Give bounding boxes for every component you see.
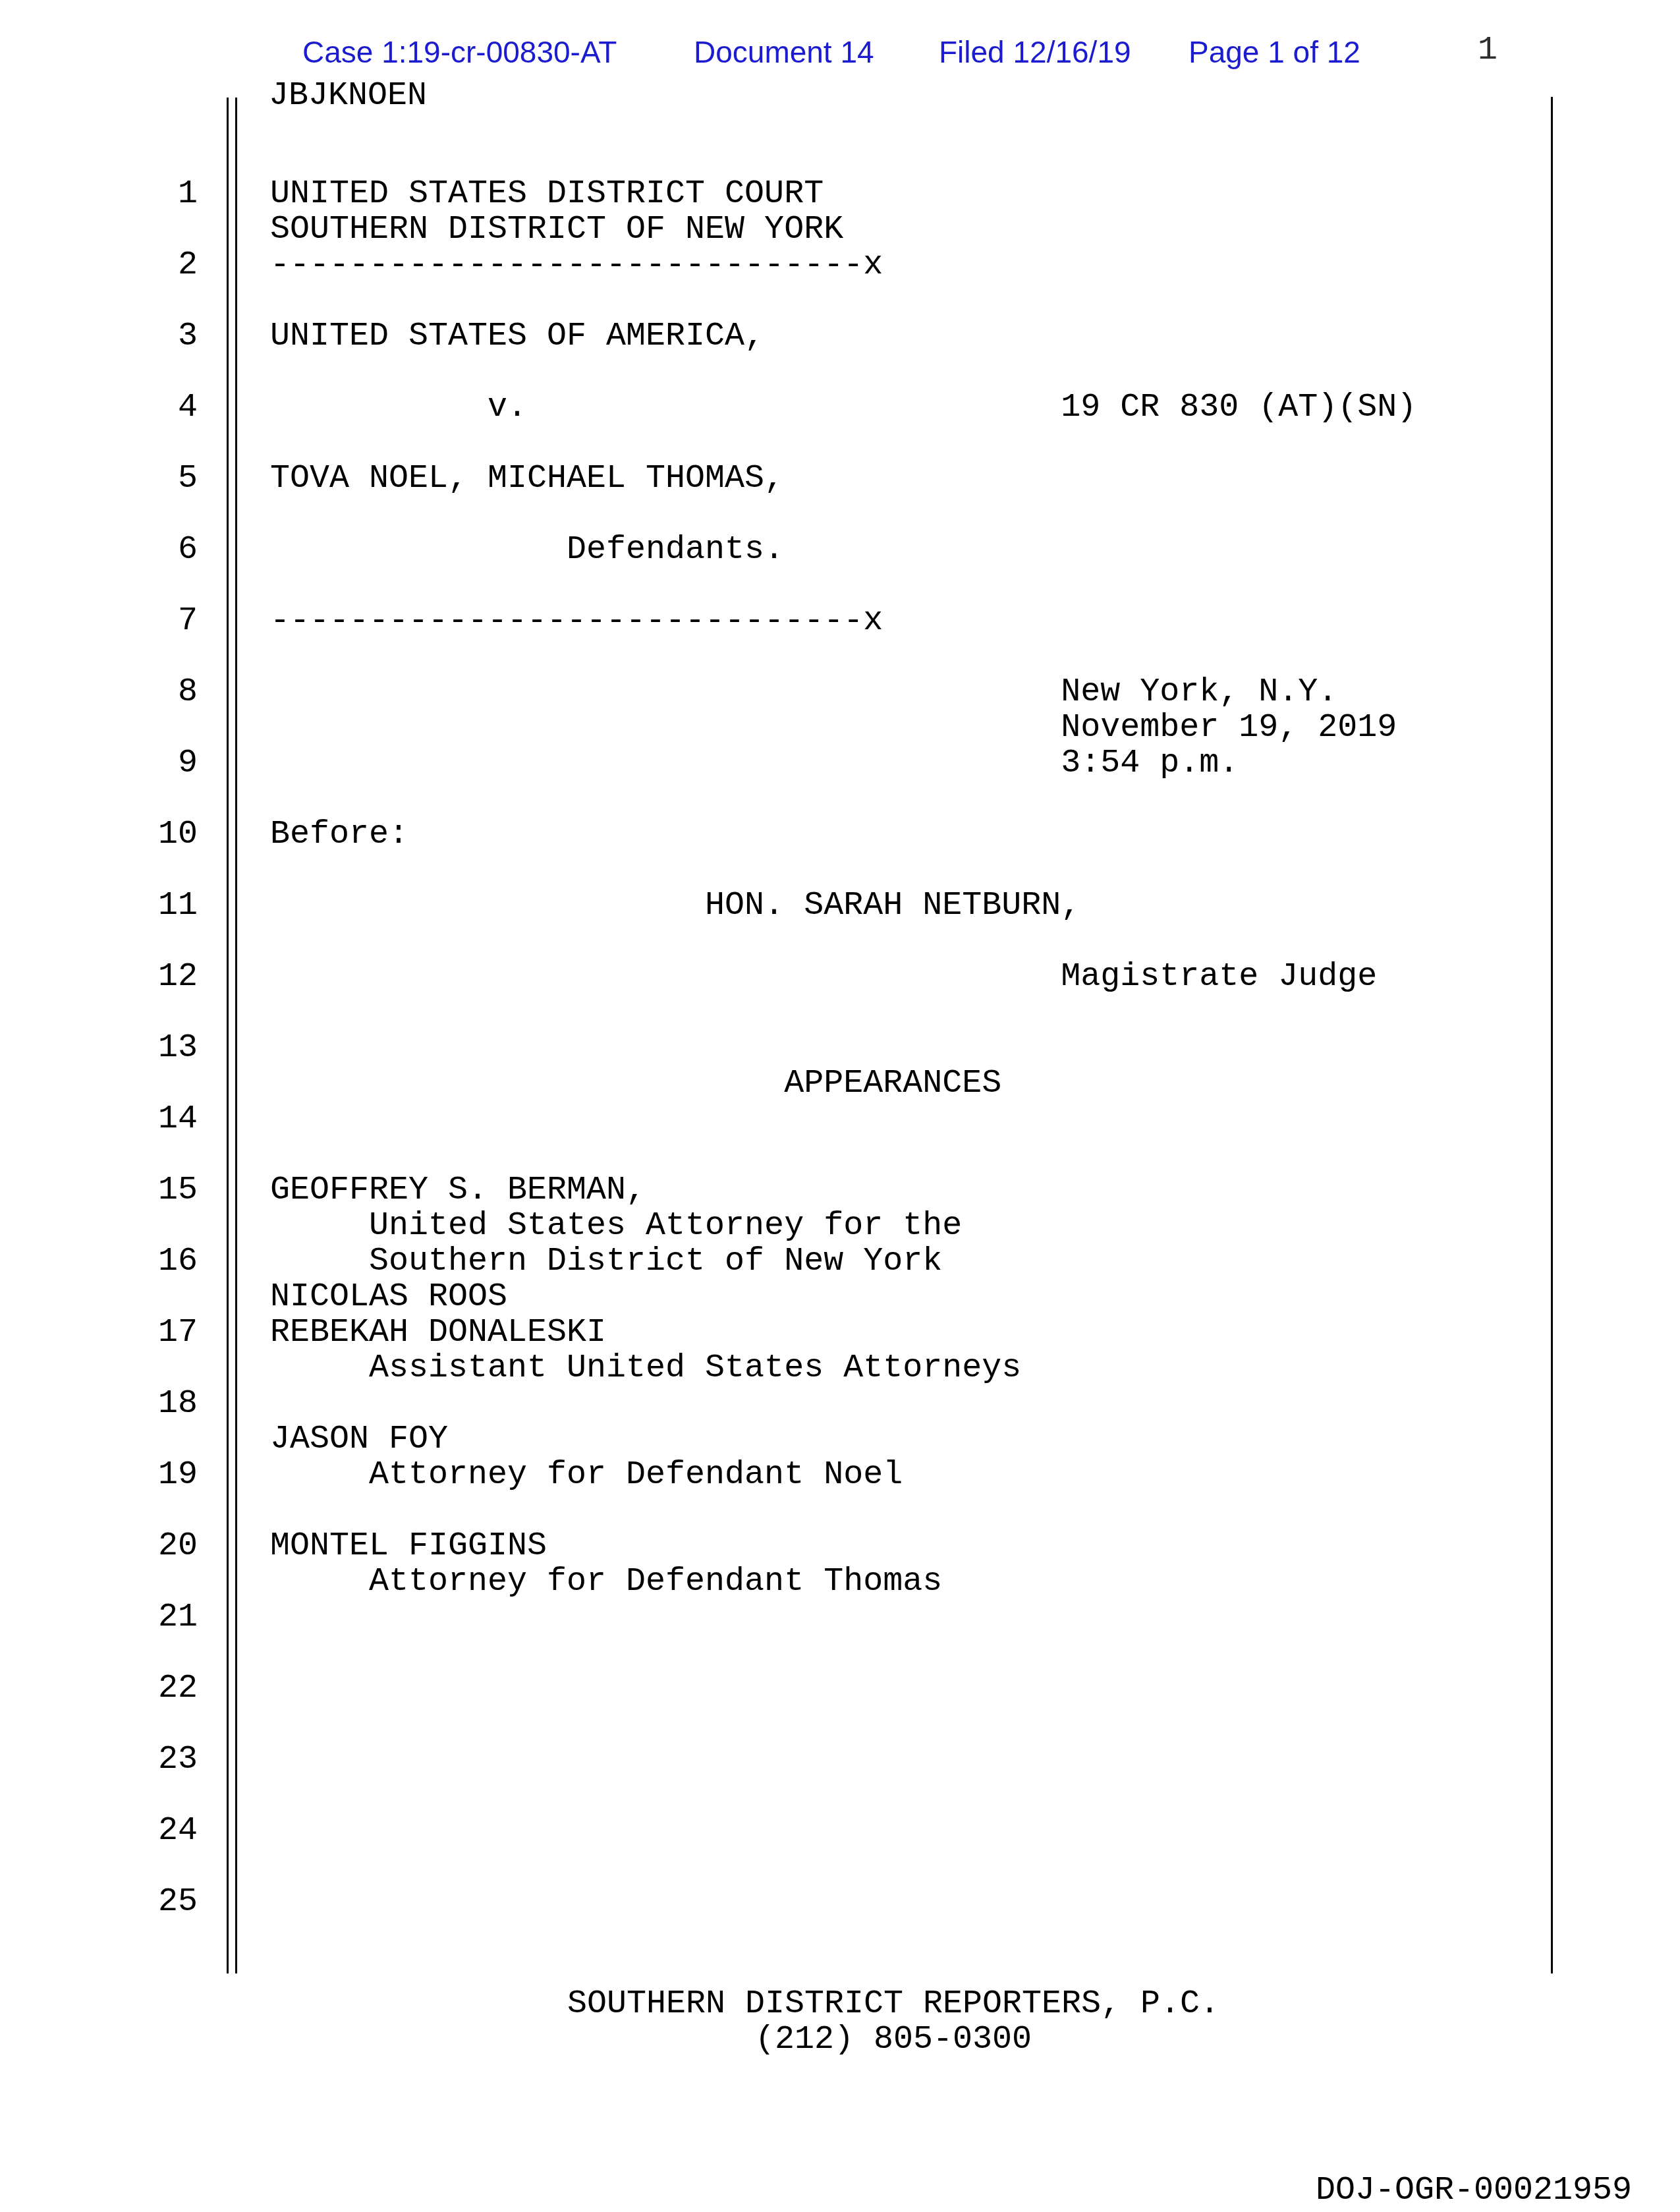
transcript-line: 9 3:54 p.m. <box>0 746 1680 781</box>
line-number: 3 <box>92 319 198 354</box>
transcript-line: 23 <box>0 1742 1680 1778</box>
line-text: Attorney for Defendant Noel <box>270 1458 903 1493</box>
transcript-page: Case 1:19-cr-00830-AT Document 14 Filed … <box>0 0 1680 2212</box>
line-text: NICOLAS ROOS <box>270 1280 507 1315</box>
transcript-line: NICOLAS ROOS <box>0 1280 1680 1315</box>
transcript-line: 20MONTEL FIGGINS <box>0 1529 1680 1564</box>
line-text: REBEKAH DONALESKI <box>270 1315 606 1351</box>
line-text: TOVA NOEL, MICHAEL THOMAS, <box>270 461 784 497</box>
transcript-line: 16 Southern District of New York <box>0 1244 1680 1280</box>
line-number: 7 <box>92 604 198 639</box>
line-number: 20 <box>92 1529 198 1564</box>
line-text: v. 19 CR 830 (AT)(SN) <box>270 390 1416 426</box>
ecf-filed-date: Filed 12/16/19 <box>939 34 1131 70</box>
line-number: 15 <box>92 1173 198 1208</box>
transcript-line: 21 <box>0 1600 1680 1635</box>
line-text: SOUTHERN DISTRICT OF NEW YORK <box>270 212 843 248</box>
line-text: ------------------------------x <box>270 604 883 639</box>
line-text: UNITED STATES OF AMERICA, <box>270 319 764 354</box>
line-text: Magistrate Judge <box>270 959 1377 995</box>
transcript-line: Attorney for Defendant Thomas <box>0 1564 1680 1600</box>
transcript-line: 24 <box>0 1813 1680 1849</box>
line-text: Attorney for Defendant Thomas <box>270 1564 942 1600</box>
line-number: 22 <box>92 1671 198 1707</box>
line-text: 3:54 p.m. <box>270 746 1239 781</box>
line-text: UNITED STATES DISTRICT COURT <box>270 177 824 212</box>
line-number: 21 <box>92 1600 198 1635</box>
transcript-line: 13 <box>0 1031 1680 1066</box>
reporter-job-code: JBJKNOEN <box>269 78 427 114</box>
transcript-line: 18 <box>0 1386 1680 1422</box>
transcript-line: 5TOVA NOEL, MICHAEL THOMAS, <box>0 461 1680 497</box>
line-text: United States Attorney for the <box>270 1208 962 1244</box>
transcript-line: 19 Attorney for Defendant Noel <box>0 1458 1680 1493</box>
transcript-line: 15GEOFFREY S. BERMAN, <box>0 1173 1680 1208</box>
transcript-line: 7------------------------------x <box>0 604 1680 639</box>
line-number: 2 <box>92 248 198 283</box>
line-number: 24 <box>92 1813 198 1849</box>
line-number: 1 <box>92 177 198 212</box>
line-number: 9 <box>92 746 198 781</box>
line-number: 16 <box>92 1244 198 1280</box>
line-text: Defendants. <box>270 532 784 568</box>
line-number: 5 <box>92 461 198 497</box>
transcript-line: 25 <box>0 1885 1680 1920</box>
transcript-line: 6 Defendants. <box>0 532 1680 568</box>
line-number: 23 <box>92 1742 198 1778</box>
line-number: 6 <box>92 532 198 568</box>
transcript-line: 10Before: <box>0 817 1680 853</box>
transcript-line: 1UNITED STATES DISTRICT COURT <box>0 177 1680 212</box>
transcript-line: 14 <box>0 1102 1680 1137</box>
transcript-line: 22 <box>0 1671 1680 1707</box>
line-number: 25 <box>92 1885 198 1920</box>
transcript-line: 2------------------------------x <box>0 248 1680 283</box>
line-number: 18 <box>92 1386 198 1422</box>
ecf-document-number: Document 14 <box>694 34 874 70</box>
transcript-line: JASON FOY <box>0 1422 1680 1458</box>
line-number: 10 <box>92 817 198 853</box>
transcript-line: November 19, 2019 <box>0 710 1680 746</box>
reporter-name: SOUTHERN DISTRICT REPORTERS, P.C. <box>235 1987 1552 2022</box>
transcript-line: 8 New York, N.Y. <box>0 675 1680 710</box>
line-text: GEOFFREY S. BERMAN, <box>270 1173 646 1208</box>
transcript-line: 12 Magistrate Judge <box>0 959 1680 995</box>
transcript-line: APPEARANCES <box>0 1066 1680 1102</box>
transcript-line: Assistant United States Attorneys <box>0 1351 1680 1386</box>
bates-number: DOJ-OGR-00021959 <box>1316 2173 1632 2209</box>
line-text: HON. SARAH NETBURN, <box>270 888 1080 924</box>
line-number: 4 <box>92 390 198 426</box>
line-number: 11 <box>92 888 198 924</box>
ecf-page-count: Page 1 of 12 <box>1189 34 1360 70</box>
transcript-line: 3UNITED STATES OF AMERICA, <box>0 319 1680 354</box>
transcript-line: 11 HON. SARAH NETBURN, <box>0 888 1680 924</box>
line-text: MONTEL FIGGINS <box>270 1529 547 1564</box>
line-number: 12 <box>92 959 198 995</box>
transcript-line: United States Attorney for the <box>0 1208 1680 1244</box>
ecf-case-number: Case 1:19-cr-00830-AT <box>302 34 617 70</box>
line-text: ------------------------------x <box>270 248 883 283</box>
transcript-line: 17REBEKAH DONALESKI <box>0 1315 1680 1351</box>
line-number: 13 <box>92 1031 198 1066</box>
reporter-phone: (212) 805-0300 <box>235 2022 1552 2058</box>
line-text: Assistant United States Attorneys <box>270 1351 1021 1386</box>
transcript-line: SOUTHERN DISTRICT OF NEW YORK <box>0 212 1680 248</box>
line-text: November 19, 2019 <box>270 710 1397 746</box>
line-number: 17 <box>92 1315 198 1351</box>
line-text: JASON FOY <box>270 1422 448 1458</box>
line-text: Southern District of New York <box>270 1244 942 1280</box>
transcript-page-number: 1 <box>1478 33 1498 69</box>
line-text: APPEARANCES <box>270 1066 1001 1102</box>
line-number: 19 <box>92 1458 198 1493</box>
line-number: 8 <box>92 675 198 710</box>
transcript-line: 4 v. 19 CR 830 (AT)(SN) <box>0 390 1680 426</box>
line-text: New York, N.Y. <box>270 675 1337 710</box>
line-text: Before: <box>270 817 408 853</box>
line-number: 14 <box>92 1102 198 1137</box>
